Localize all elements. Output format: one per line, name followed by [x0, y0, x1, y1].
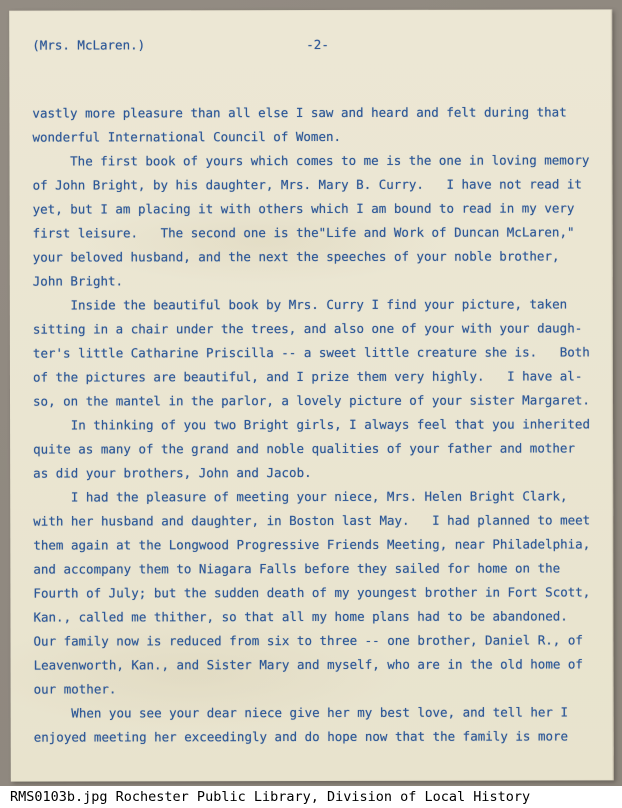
letter-line: enjoyed meeting her exceedingly and do h… — [34, 727, 604, 752]
letter-line: Our family now is reduced from six to th… — [33, 631, 603, 656]
letter-line: so, on the mantel in the parlor, a lovel… — [33, 391, 603, 416]
letter-line: as did your brothers, John and Jacob. — [33, 463, 603, 488]
letter-line: The first book of yours which comes to m… — [32, 151, 602, 176]
letter-line: Kan., called me thither, so that all my … — [33, 607, 603, 632]
letter-line: first leisure. The second one is the"Lif… — [33, 223, 603, 248]
letter-line: wonderful International Council of Women… — [32, 127, 602, 152]
letter-line: Fourth of July; but the sudden death of … — [33, 583, 603, 608]
letter-line: sitting in a chair under the trees, and … — [33, 319, 603, 344]
letter-line: them again at the Longwood Progressive F… — [33, 535, 603, 560]
letter-line: quite as many of the grand and noble qua… — [33, 439, 603, 464]
letter-line: ter's little Catharine Priscilla -- a sw… — [33, 343, 603, 368]
letter-line: John Bright. — [33, 271, 603, 296]
letter-line: with her husband and daughter, in Boston… — [33, 511, 603, 536]
letter-line: I had the pleasure of meeting your niece… — [33, 487, 603, 512]
letter-line: and accompany them to Niagara Falls befo… — [33, 559, 603, 584]
letter-line: your beloved husband, and the next the s… — [33, 247, 603, 272]
letter-page: (Mrs. McLaren.) -2- vastly more pleasure… — [9, 9, 614, 781]
page-number: -2- — [306, 37, 329, 52]
letter-line: When you see your dear niece give her my… — [34, 703, 604, 728]
scanner-mat: (Mrs. McLaren.) -2- vastly more pleasure… — [0, 0, 622, 786]
letter-body: vastly more pleasure than all else I saw… — [32, 103, 603, 752]
letter-line: our mother. — [34, 679, 604, 704]
letter-line: In thinking of you two Bright girls, I a… — [33, 415, 603, 440]
letter-line: vastly more pleasure than all else I saw… — [32, 103, 602, 128]
letter-line: Inside the beautiful book by Mrs. Curry … — [33, 295, 603, 320]
letter-line: of the pictures are beautiful, and I pri… — [33, 367, 603, 392]
addressee-annotation: (Mrs. McLaren.) — [32, 37, 145, 52]
caption-text: RMS0103b.jpg Rochester Public Library, D… — [10, 789, 530, 805]
caption-bar: RMS0103b.jpg Rochester Public Library, D… — [0, 786, 622, 808]
letter-line: of John Bright, by his daughter, Mrs. Ma… — [33, 175, 603, 200]
letter-line: yet, but I am placing it with others whi… — [33, 199, 603, 224]
letter-line: Leavenworth, Kan., and Sister Mary and m… — [34, 655, 604, 680]
letter-header: (Mrs. McLaren.) -2- — [9, 36, 612, 53]
